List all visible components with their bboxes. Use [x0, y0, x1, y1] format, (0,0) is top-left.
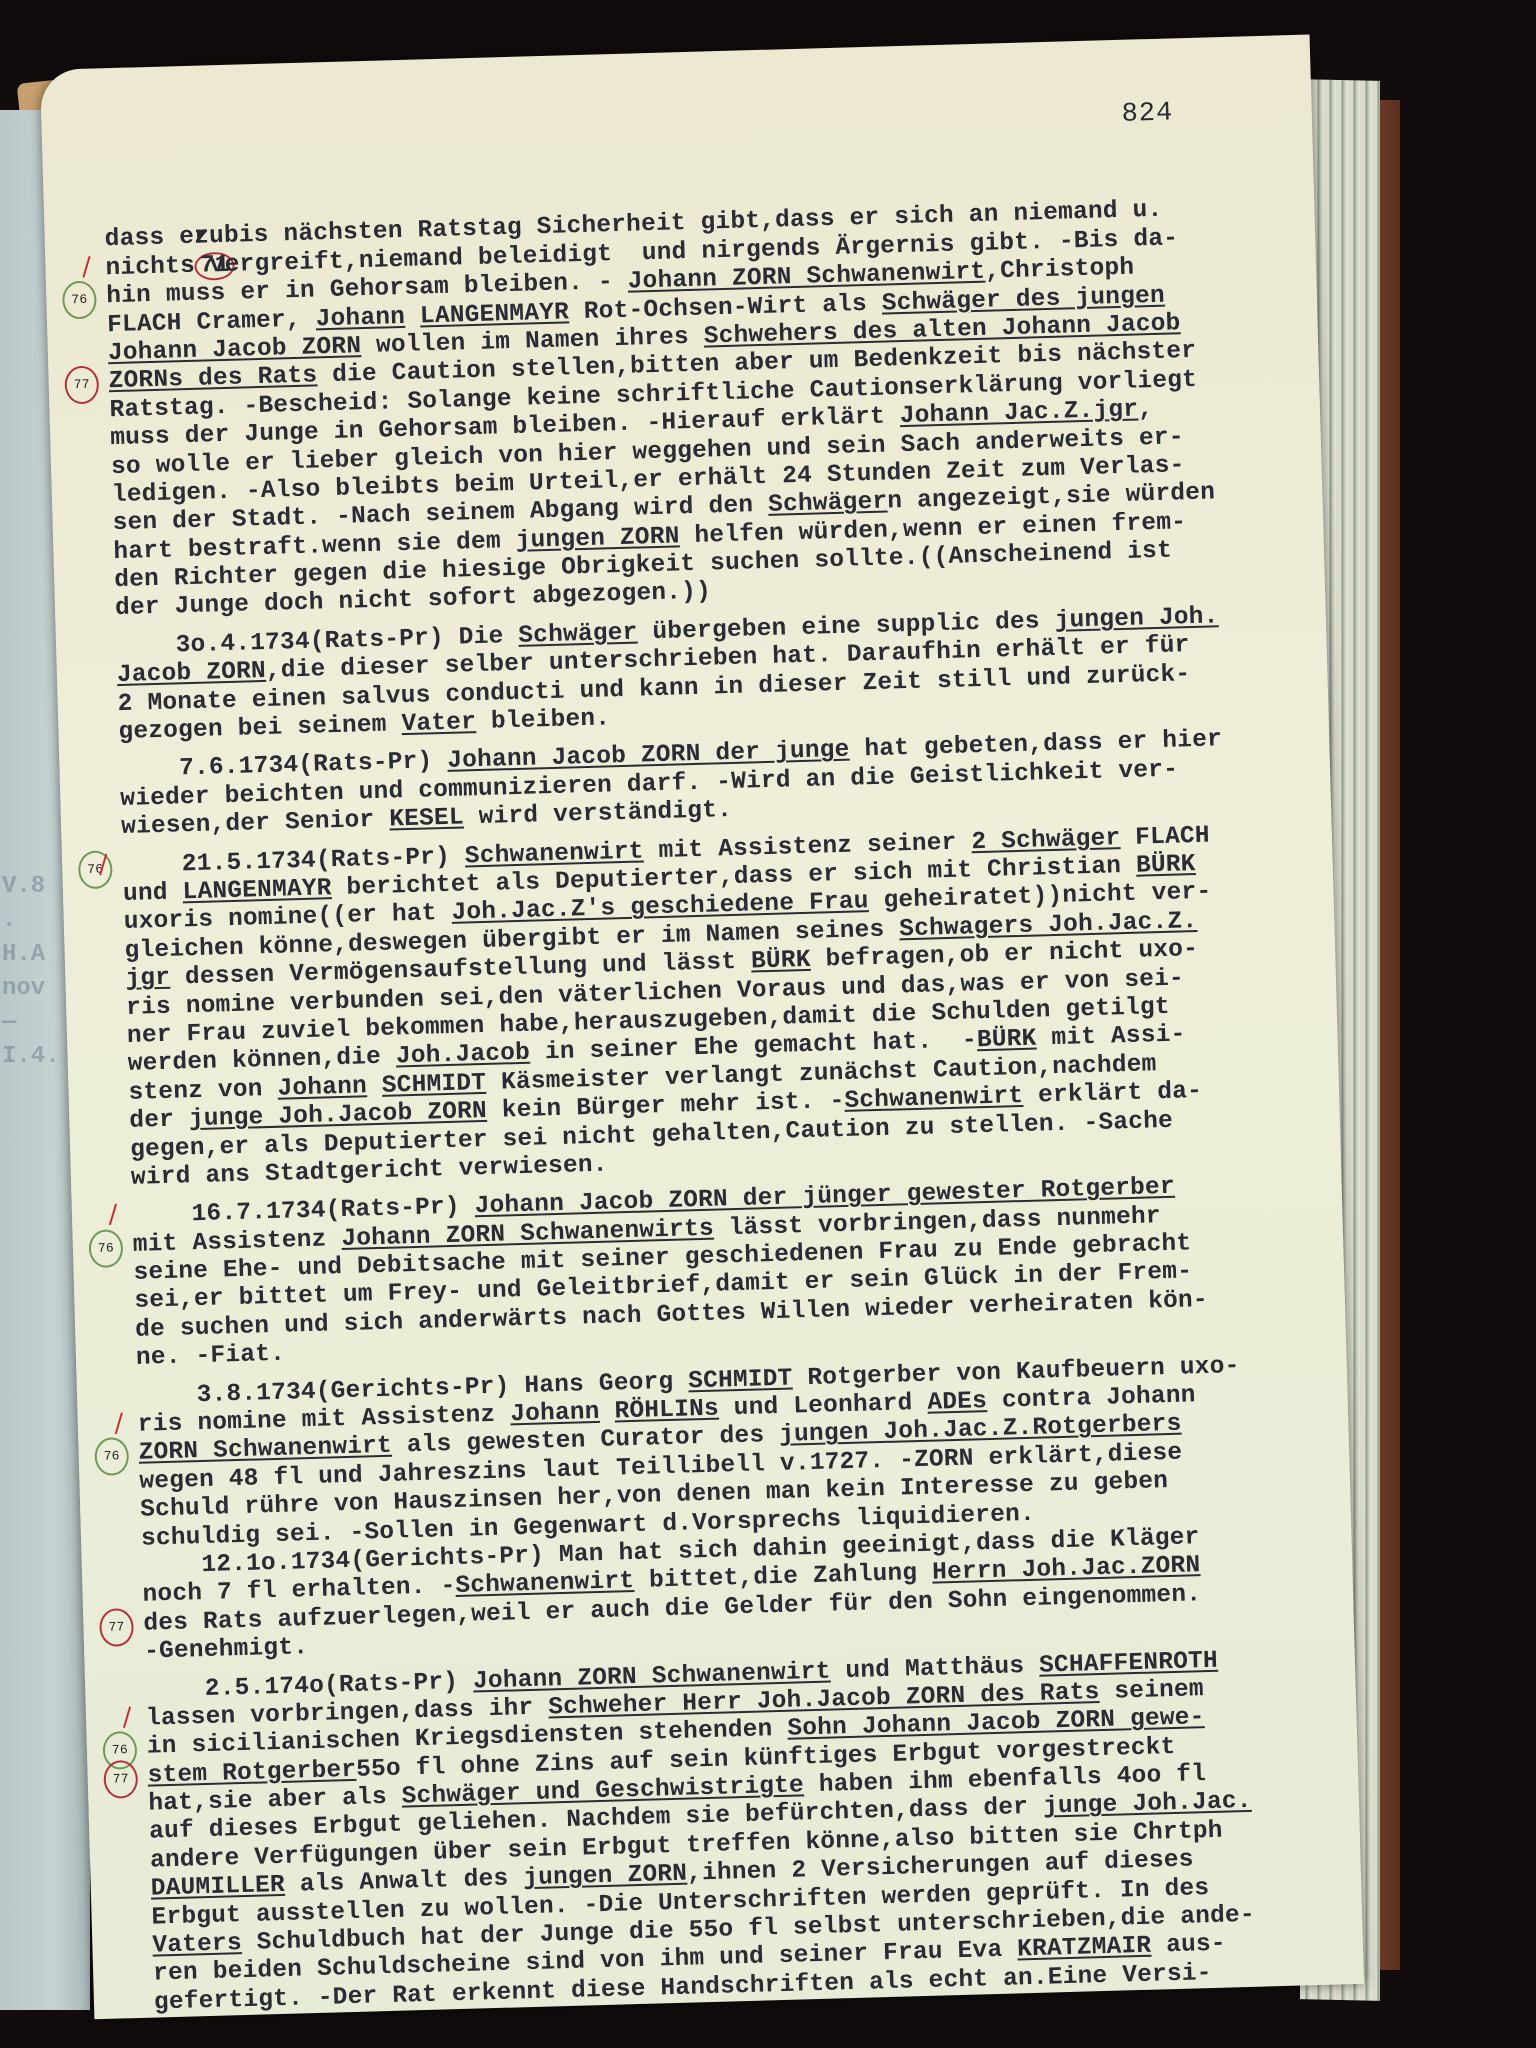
underlined-name: junge Joh.Jac. — [1043, 1788, 1252, 1821]
underlined-name: Schwanenwirt — [465, 838, 645, 870]
red-tick-mark — [115, 1413, 123, 1435]
underlined-name: LANGENMAYR — [420, 299, 570, 330]
margin-annotation-circle: 77 — [64, 366, 99, 405]
page-number: 824 — [1121, 98, 1173, 129]
underlined-name: jungen ZORN — [523, 1861, 688, 1893]
margin-annotation-circle: 76 — [62, 281, 97, 320]
underlined-name: BÜRK — [751, 947, 811, 976]
underlined-name: BÜRK — [1136, 851, 1196, 880]
underlined-name: RÖHLINs — [614, 1396, 719, 1426]
underlined-name: Vaters — [152, 1930, 242, 1959]
underlined-name: Johann — [315, 303, 405, 332]
underlined-name: SCHMIDT — [688, 1365, 793, 1395]
red-tick-mark — [109, 1204, 117, 1226]
underlined-name: Jacob ZORN — [117, 658, 267, 689]
underlined-name: stem Rotgerber — [147, 1757, 356, 1790]
underlined-name: Joh.Jacob — [396, 1040, 531, 1071]
underlined-name: jungen ZORN — [515, 523, 680, 555]
margin-annotation-circle: 76 — [78, 850, 113, 889]
red-tick-mark — [82, 256, 90, 278]
margin-annotation-circle: 77 — [103, 1760, 138, 1799]
underlined-name: jungen Joh. — [1054, 603, 1219, 635]
underlined-name: ZORNs des Rats — [108, 363, 317, 396]
document-page: 824 zu 71 dass er bis nächsten Ratstag S… — [40, 35, 1364, 2020]
underlined-name: Johann — [510, 1399, 600, 1428]
underlined-name: LANGENMAYR — [182, 875, 332, 906]
red-tick-mark — [123, 1706, 131, 1728]
underlined-name: DAUMILLER — [150, 1872, 285, 1903]
underlined-name: KRATZMAIR — [1017, 1933, 1152, 1964]
underlined-name: jgr — [125, 965, 170, 993]
underlined-name: Schwäger — [768, 489, 888, 519]
margin-annotation-circle: 76 — [88, 1229, 123, 1268]
underlined-name: Vater — [401, 709, 476, 738]
underlined-name: KESEL — [389, 805, 464, 834]
underlined-name: ADEs — [927, 1388, 987, 1417]
underlined-name: SCHMIDT — [381, 1070, 486, 1100]
underlined-name: SCHAFFENROTH — [1039, 1647, 1219, 1679]
margin-annotation-circle: 77 — [99, 1608, 134, 1647]
underlined-name: Schwäger — [518, 619, 638, 649]
underlined-name: Schwanenwirt — [455, 1568, 635, 1600]
margin-annotation-circle: 76 — [94, 1437, 129, 1476]
typewritten-body: zu 71 dass er bis nächsten Ratstag Siche… — [104, 165, 1354, 2018]
underlined-name: Johann — [277, 1073, 367, 1102]
underlined-name: Schwanenwirt — [844, 1083, 1024, 1115]
underlined-name: 2 Schwäger — [971, 825, 1121, 856]
underlined-name: BÜRK — [977, 1026, 1037, 1055]
